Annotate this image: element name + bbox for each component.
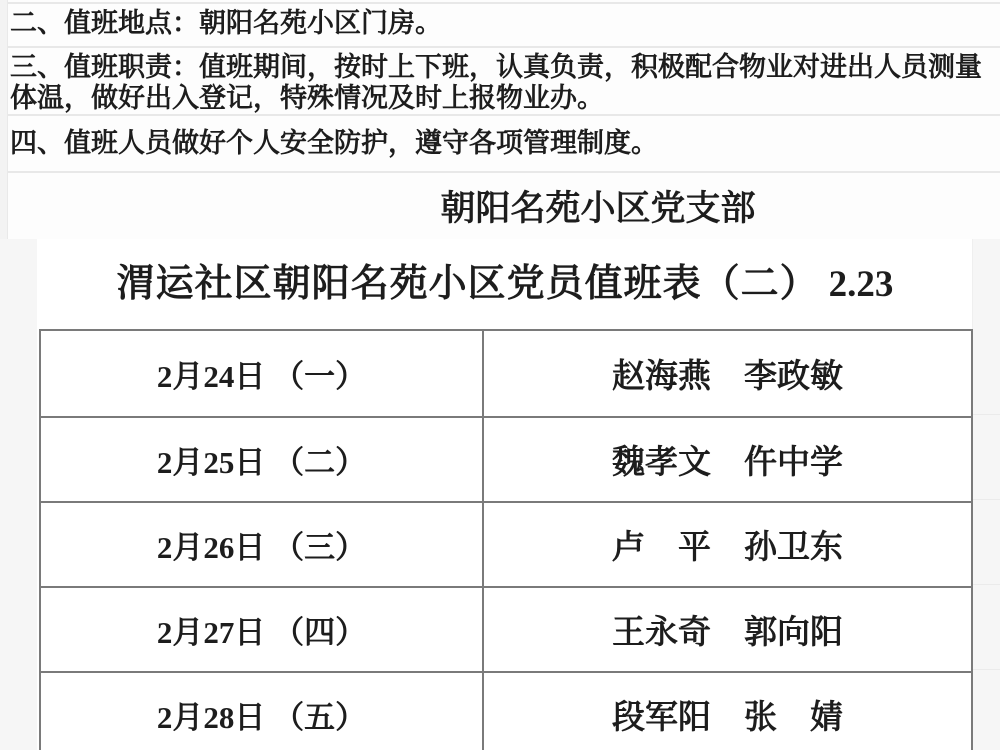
faint-gridline xyxy=(973,584,1000,585)
roster-title-date: 2.23 xyxy=(829,264,894,305)
date-cell: 2月28日 （五） xyxy=(41,671,482,750)
divider-line xyxy=(8,171,1000,173)
names-cell: 魏孝文 仵中学 xyxy=(482,416,971,501)
divider-line xyxy=(8,114,1000,116)
date-cell: 2月27日 （四） xyxy=(41,586,482,671)
divider-line xyxy=(8,2,1000,4)
duty-responsibility-paragraph: 三、值班职责：值班期间，按时上下班，认真负责，积极配合物业对进出人员测量 体温，… xyxy=(10,52,982,114)
names-cell: 赵海燕 李政敏 xyxy=(482,331,971,416)
duty-protection-paragraph: 四、值班人员做好个人安全防护，遵守各项管理制度。 xyxy=(10,128,658,159)
duty-roster-table: 2月24日 （一） 赵海燕 李政敏 2月25日 （二） 魏孝文 仵中学 2月26… xyxy=(39,329,973,750)
duty-location-paragraph: 二、值班地点：朝阳名苑小区门房。 xyxy=(10,8,442,39)
names-cell: 卢 平 孙卫东 xyxy=(482,501,971,586)
date-cell: 2月26日 （三） xyxy=(41,501,482,586)
names-cell: 段军阳 张 婧 xyxy=(482,671,971,750)
divider-line xyxy=(8,46,1000,48)
faint-gridline xyxy=(973,499,1000,500)
faint-gridline xyxy=(973,414,1000,415)
paragraph-line: 三、值班职责：值班期间，按时上下班，认真负责，积极配合物业对进出人员测量 xyxy=(10,52,982,83)
date-cell: 2月25日 （二） xyxy=(41,416,482,501)
date-cell: 2月24日 （一） xyxy=(41,331,482,416)
roster-title-text: 渭运社区朝阳名苑小区党员值班表（二） xyxy=(117,263,819,305)
paragraph-line: 四、值班人员做好个人安全防护，遵守各项管理制度。 xyxy=(10,128,658,159)
faint-gridline xyxy=(973,669,1000,670)
paragraph-line: 体温，做好出入登记，特殊情况及时上报物业办。 xyxy=(10,83,982,114)
names-cell: 王永奇 郭向阳 xyxy=(482,586,971,671)
party-branch-signature: 朝阳名苑小区党支部 xyxy=(196,188,1000,230)
left-margin-gutter xyxy=(0,0,8,239)
paragraph-line: 二、值班地点：朝阳名苑小区门房。 xyxy=(10,8,442,39)
roster-title: 渭运社区朝阳名苑小区党员值班表（二）2.23 xyxy=(37,260,973,309)
document-notes-section: 二、值班地点：朝阳名苑小区门房。 三、值班职责：值班期间，按时上下班，认真负责，… xyxy=(0,0,1000,239)
